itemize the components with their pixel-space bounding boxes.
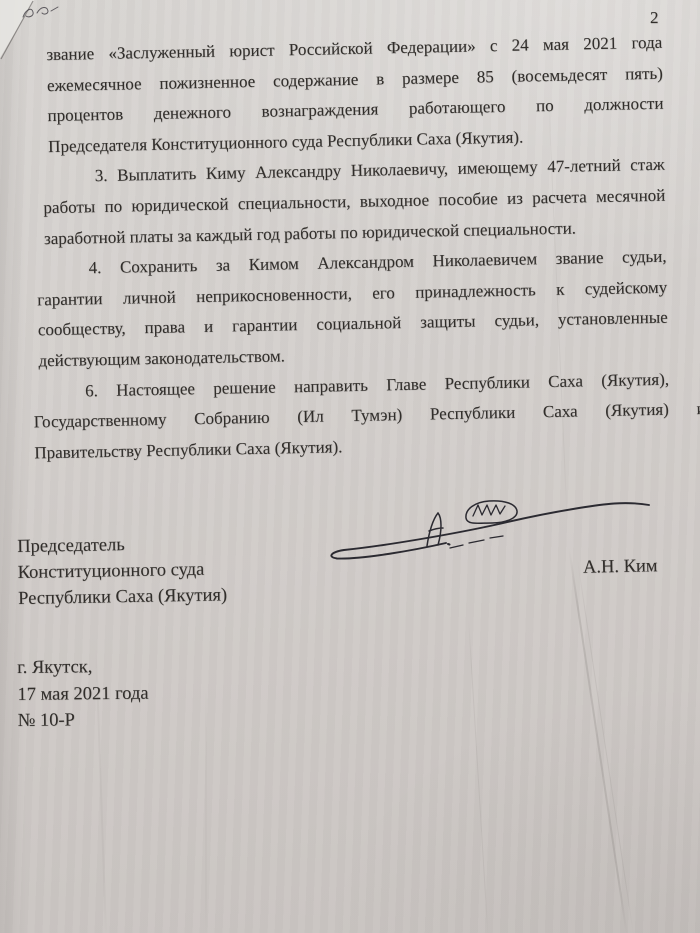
paper-crease bbox=[577, 560, 634, 933]
document-footer: г. Якутск, 17 мая 2021 года № 10-Р bbox=[17, 654, 149, 735]
footer-number: № 10-Р bbox=[18, 707, 149, 735]
page-number: 2 bbox=[650, 8, 659, 28]
paragraph: 6. Настоящее решение направить Главе Рес… bbox=[7, 363, 700, 469]
signatory-title: ПредседательКонституционного судаРеспубл… bbox=[17, 530, 227, 612]
signatory-title-line: Конституционного суда bbox=[17, 556, 226, 586]
footer-date: 17 мая 2021 года bbox=[17, 680, 148, 708]
pen-scribble bbox=[20, 2, 66, 24]
document-page: 2 звание «Заслуженный юрист Российской Ф… bbox=[0, 0, 700, 933]
footer-city: г. Якутск, bbox=[17, 654, 148, 682]
signatory-title-line: Председатель bbox=[17, 530, 226, 560]
paragraph: 3. Выплатить Киму Александру Николаевичу… bbox=[3, 149, 700, 255]
paragraph: 4. Сохранить за Кимом Александром Никола… bbox=[4, 241, 700, 377]
paragraph: звание «Заслуженный юрист Российской Фед… bbox=[0, 27, 700, 163]
document-body: звание «Заслуженный юрист Российской Фед… bbox=[0, 27, 700, 469]
signatory-title-line: Республики Саха (Якутия) bbox=[18, 582, 227, 612]
paper-crease bbox=[205, 690, 207, 933]
signer-name: А.Н. Ким bbox=[583, 556, 658, 579]
paper-crease bbox=[468, 618, 489, 933]
paper-crease bbox=[568, 548, 627, 933]
